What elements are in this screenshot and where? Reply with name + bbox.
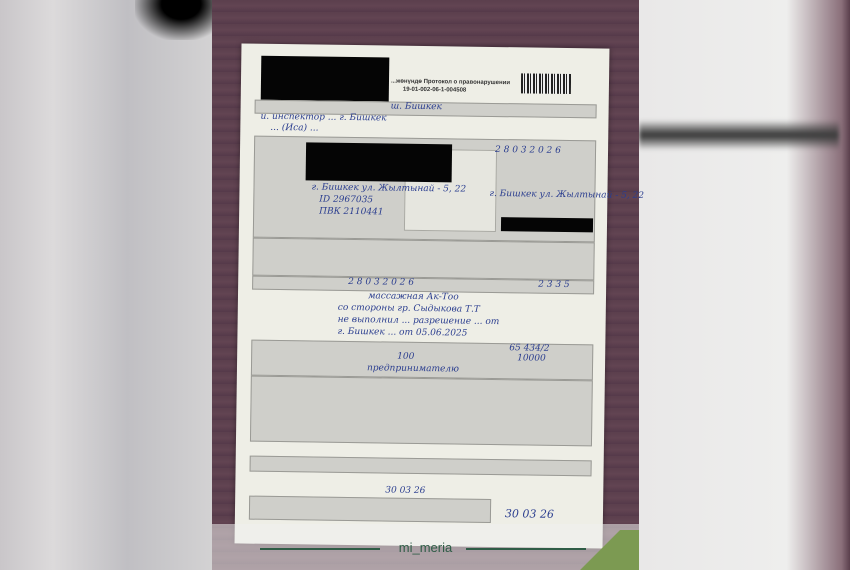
- divider: [466, 548, 586, 550]
- handwritten-date-bottom-2: 30 03 26: [505, 507, 554, 521]
- shadow-band: [639, 120, 839, 150]
- handwritten-time: 2 3 3 5: [538, 280, 570, 290]
- handwritten-date-bottom: 30 03 26: [385, 486, 425, 497]
- handwritten-doc-number: ID 2967035: [319, 195, 373, 206]
- handwritten-doc-number-2: ПВК 2110441: [319, 207, 384, 218]
- handwritten-birthdate: 2 8 0 3 2 0 2 6: [495, 145, 561, 156]
- redacted-block: [501, 217, 593, 232]
- redacted-block: [261, 56, 390, 102]
- handwritten-note: предпринимателю: [367, 363, 459, 374]
- handwritten-place: ш. Бишкек: [391, 102, 442, 113]
- handwritten-inspector: и. инспектор ... г. Бишкек: [260, 112, 386, 124]
- consent-grid: [249, 496, 491, 523]
- watermark-bar: mi_meria: [212, 524, 639, 570]
- witness-grid: [250, 376, 593, 447]
- barcode: [521, 73, 571, 94]
- handwritten-address-2: г. Бишкек ул. Жылтынай - 5, 22: [489, 189, 644, 201]
- handwritten-address: г. Бишкек ул. Жылтынай - 5, 22: [311, 182, 466, 194]
- vehicle-grid: [252, 238, 594, 281]
- handwritten-offense-4: г. Бишкек ... от 05.06.2025: [337, 327, 467, 339]
- background-object: [580, 530, 639, 570]
- handwritten-offense-3: не выполнил ... разрешение ... от: [338, 315, 500, 327]
- protocol-number: 19-01-002-06-1-004508: [391, 86, 510, 96]
- handwritten-date: 2 8 0 3 2 0 2 6: [348, 277, 414, 288]
- protocol-document: ...жөнүндө Протокол о правонарушении 19-…: [235, 43, 610, 548]
- handwritten-inspector-2: ... (Иса) ...: [270, 123, 318, 134]
- handwritten-article: 65 434/2: [509, 343, 549, 354]
- handwritten-amount-2: 10000: [517, 353, 546, 363]
- document-title: ...жөнүндө Протокол о правонарушении 19-…: [391, 78, 510, 96]
- blurred-background-right: [639, 0, 850, 570]
- redacted-block: [306, 142, 453, 182]
- handwritten-offense: массажная Ак-Тоо: [368, 291, 459, 302]
- shadow-blur: [135, 0, 212, 40]
- handwritten-amount: 100: [397, 352, 414, 362]
- blurred-background-left: [0, 0, 212, 570]
- handwritten-offense-2: со стороны гр. Сыдыкова Т.Т: [338, 303, 480, 315]
- appeal-row: [250, 456, 592, 477]
